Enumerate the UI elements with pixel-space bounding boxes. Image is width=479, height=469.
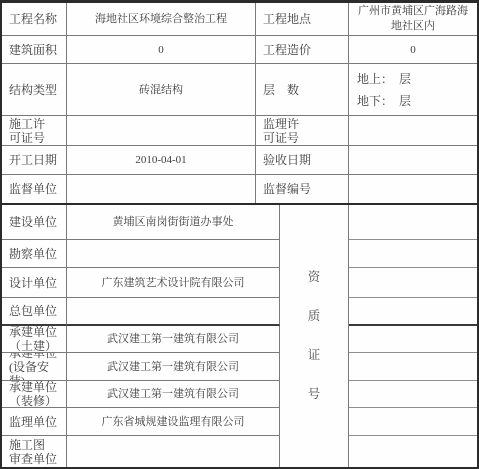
project-cost-value: 0 <box>349 36 477 64</box>
qualification-cell-civil <box>349 326 477 353</box>
construction-permit-no-label: 施工许 可证号 <box>2 116 67 146</box>
floors-label: 层 数 <box>256 64 349 116</box>
supervising-unit-value <box>67 175 256 203</box>
survey-unit-label: 勘察单位 <box>2 240 67 268</box>
table-bottom-section: 建设单位 黄埔区南岗街街道办事处 勘察单位 设计单位 广东建筑艺术设计院有限公司… <box>2 205 477 467</box>
qualification-cell-equipment <box>349 353 477 381</box>
drawing-review-unit-label: 施工图 审查单位 <box>2 436 67 467</box>
qualification-cell-decoration <box>349 381 477 408</box>
floors-above-ground: 地上： 层 <box>357 70 411 87</box>
floors-value: 地上： 层 地下： 层 <box>349 64 477 116</box>
structure-type-label: 结构类型 <box>2 64 67 116</box>
qualification-certificate-no-header: 资 质 证 号 <box>308 258 321 414</box>
general-contractor-label: 总包单位 <box>2 298 67 326</box>
project-location-value: 广州市黄埔区广海路海地社区内 <box>349 3 477 36</box>
supervision-company-label: 监理单位 <box>2 408 67 436</box>
qualification-cell-design <box>349 268 477 298</box>
qualification-cell-general <box>349 298 477 326</box>
project-name-value: 海地社区环境综合整治工程 <box>67 3 256 36</box>
qualification-cell-review <box>349 436 477 467</box>
qualification-cell-owner <box>349 205 477 240</box>
supervising-unit-label: 监督单位 <box>2 175 67 203</box>
supervision-number-label: 监督编号 <box>256 175 349 203</box>
project-info-table: 工程名称 海地社区环境综合整治工程 工程地点 广州市黄埔区广海路海地社区内 建筑… <box>0 0 479 469</box>
acceptance-date-label: 验收日期 <box>256 146 349 175</box>
survey-unit-value <box>67 240 280 268</box>
building-area-value: 0 <box>67 36 256 64</box>
structure-type-value: 砖混结构 <box>67 64 256 116</box>
project-name-label: 工程名称 <box>2 3 67 36</box>
contractor-civil-label: 承建单位 （土建） <box>2 326 67 353</box>
project-location-label: 工程地点 <box>256 3 349 36</box>
owner-unit-value: 黄埔区南岗街街道办事处 <box>67 205 280 240</box>
general-contractor-value <box>67 298 280 326</box>
start-date-value: 2010-04-01 <box>67 146 256 175</box>
supervision-company-value: 广东省城规建设监理有限公司 <box>67 408 280 436</box>
design-unit-label: 设计单位 <box>2 268 67 298</box>
construction-permit-no-value <box>67 116 256 146</box>
drawing-review-unit-value <box>67 436 280 467</box>
qualification-certificate-no-column: 资 质 证 号 <box>280 205 349 467</box>
supervision-number-value <box>349 175 477 203</box>
units-columns: 建设单位 黄埔区南岗街街道办事处 勘察单位 设计单位 广东建筑艺术设计院有限公司… <box>2 205 280 467</box>
project-cost-label: 工程造价 <box>256 36 349 64</box>
contractor-civil-value: 武汉建工第一建筑有限公司 <box>67 326 280 353</box>
table-top-section: 工程名称 海地社区环境综合整治工程 工程地点 广州市黄埔区广海路海地社区内 建筑… <box>2 3 477 205</box>
floors-below-ground: 地下： 层 <box>357 92 411 109</box>
qualification-cell-survey <box>349 240 477 268</box>
acceptance-date-value <box>349 146 477 175</box>
design-unit-value: 广东建筑艺术设计院有限公司 <box>67 268 280 298</box>
contractor-equipment-value: 武汉建工第一建筑有限公司 <box>67 353 280 381</box>
contractor-equipment-label: 承建单位 (设备安装) <box>2 353 67 381</box>
owner-unit-label: 建设单位 <box>2 205 67 240</box>
contractor-decoration-value: 武汉建工第一建筑有限公司 <box>67 381 280 408</box>
building-area-label: 建筑面积 <box>2 36 67 64</box>
scanned-project-info-document: 工程名称 海地社区环境综合整治工程 工程地点 广州市黄埔区广海路海地社区内 建筑… <box>0 0 479 469</box>
qualification-cell-supervision <box>349 408 477 436</box>
start-date-label: 开工日期 <box>2 146 67 175</box>
contractor-decoration-label: 承建单位 （装修） <box>2 381 67 408</box>
qualification-no-cells <box>349 205 477 467</box>
supervision-permit-no-value <box>349 116 477 146</box>
supervision-permit-no-label: 监理许 可证号 <box>256 116 349 146</box>
